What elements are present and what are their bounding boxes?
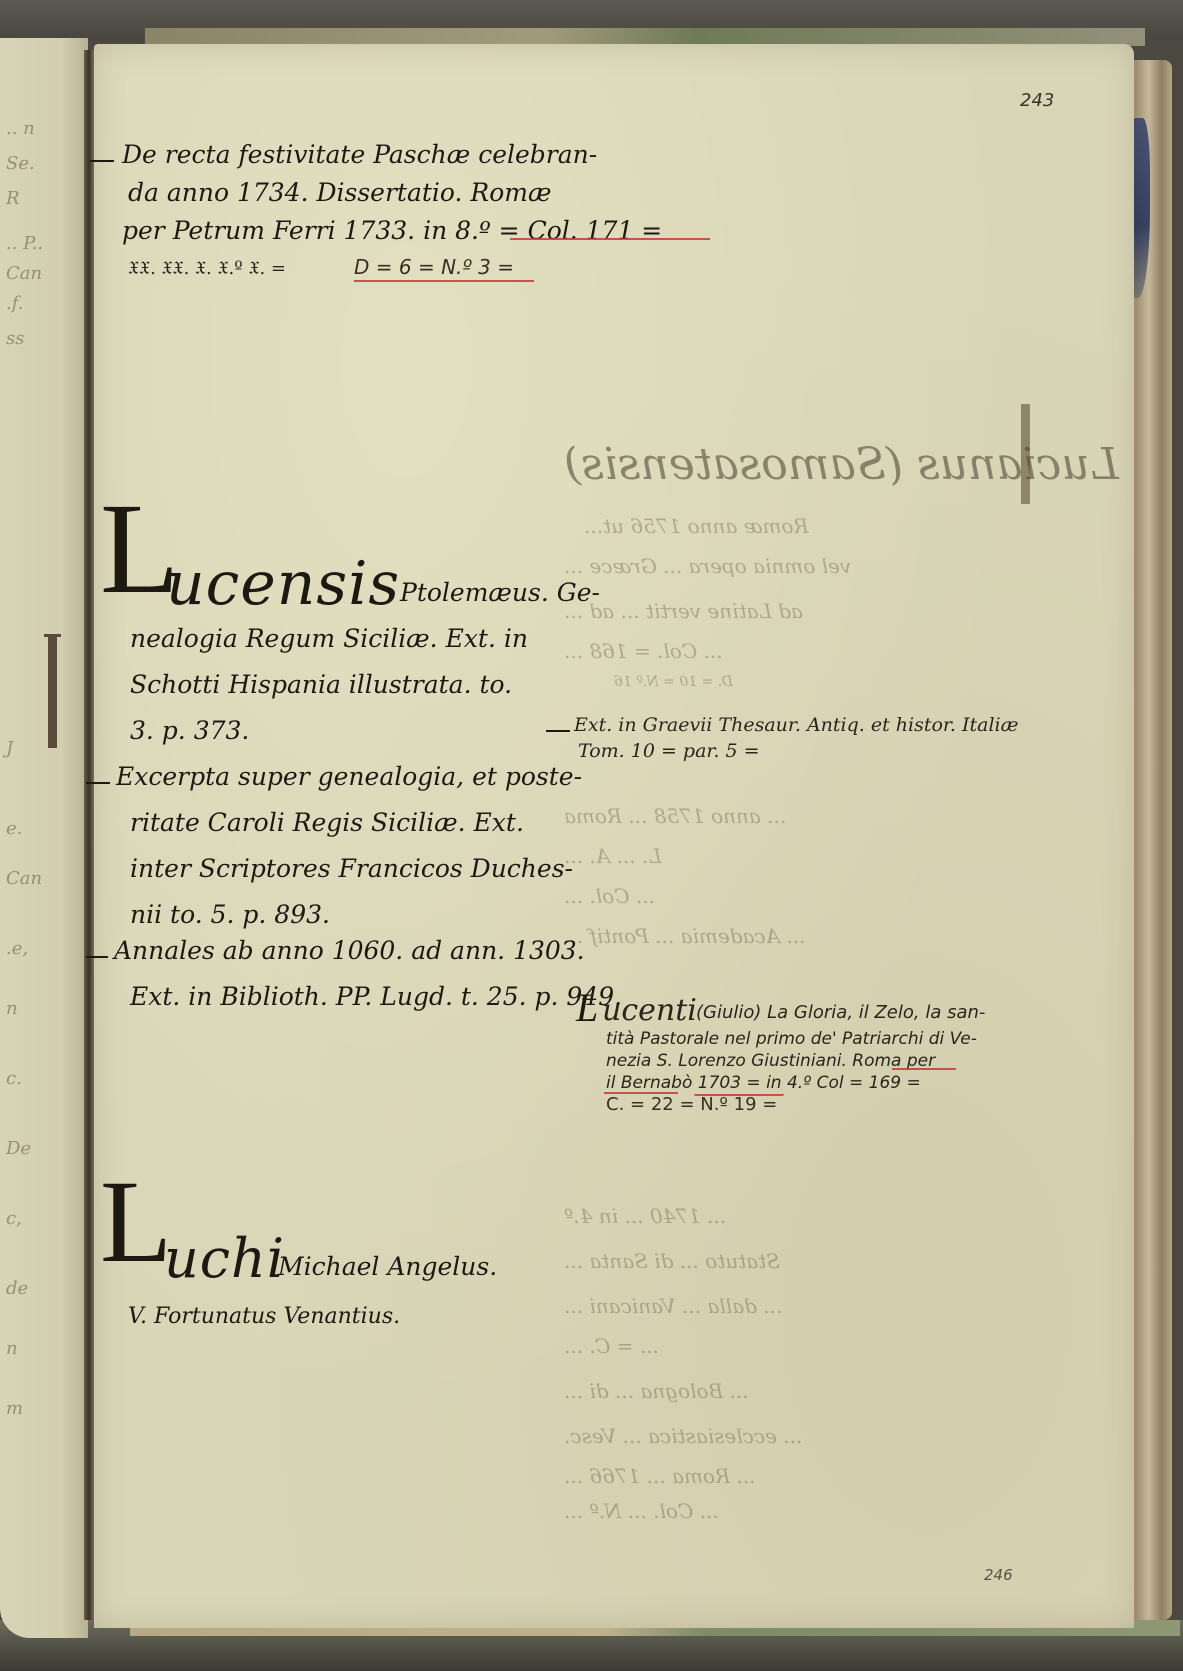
red-underline [694, 1094, 784, 1096]
left-page-text-fragment: .. P.. [6, 233, 43, 254]
manuscript-page: 243 Lucianus (Samosatensis) Romæ anno 17… [94, 44, 1134, 1628]
entry-luchi-line-1: V. Fortunatus Venantius. [128, 1298, 400, 1336]
bleed-through-line: ... Academia ... Pontif ... [564, 924, 806, 948]
entry-excerpta-line-4: nii to. 5. p. 893. [130, 896, 330, 934]
entry-excerpta-line-1: Excerpta super genealogia, et poste- [116, 758, 582, 796]
left-page-text-fragment: m [6, 1398, 23, 1419]
left-page-text-fragment: e. [6, 818, 22, 839]
bleed-through-line: ... Col. ... N.º ... [564, 1499, 719, 1523]
entry-excerpta-line-3: inter Scriptores Francicos Duches- [130, 850, 573, 888]
entry-dash [86, 782, 110, 784]
left-page-text-fragment: Se. [6, 153, 35, 174]
entry-lucensis-line-2: Schotti Hispania illustrata. to. [130, 666, 512, 704]
bleed-through-line: ... anno 1758 ... Roma [564, 804, 786, 828]
left-page-text-fragment: c. [6, 1068, 22, 1089]
bleed-through-line: Statuto ... di Santa ... [564, 1249, 780, 1273]
red-underline [510, 238, 710, 240]
lucenti-line-2: tità Pastorale nel primo de' Patriarchi … [576, 1028, 977, 1050]
entry-excerpta-line-2: ritate Caroli Regis Siciliæ. Ext. [130, 804, 524, 842]
bleed-through-line: Romæ anno 1756 ut... [584, 514, 809, 538]
bleed-through-line: ... dalla ... Vanicani ... [564, 1294, 782, 1318]
bleed-through-line: ... ecclesiastica ... Vesc. [564, 1424, 802, 1448]
bleed-through-initial-bar [1021, 404, 1030, 504]
entry-lucensis-author: Ptolemæus. Ge- [400, 574, 600, 612]
red-underline [604, 1092, 678, 1094]
left-page-text-fragment: n [6, 998, 18, 1019]
bleed-through-line: ... Col. = 168 ... [564, 639, 723, 663]
left-page-text-fragment: de [6, 1278, 28, 1299]
red-underline [892, 1068, 956, 1070]
lucenti-line-1: (Giulio) La Gloria, il Zelo, la san- [696, 1002, 985, 1024]
headword-lucenti: ucenti [602, 994, 697, 1028]
bleed-through-line: ... Roma ... 1766 ... [564, 1464, 756, 1488]
left-page-text-fragment: .e, [6, 938, 28, 959]
left-page-text-fragment: n [6, 1338, 18, 1359]
bleed-through-line: L. ... A. ... [564, 844, 662, 868]
graevius-line-1: Ext. in Graevii Thesaur. Antiq. et histo… [574, 712, 1018, 738]
entry-luchi-author: Michael Angelus. [278, 1248, 497, 1286]
graevius-line-2: Tom. 10 = par. 5 = [578, 738, 760, 764]
folio-number-bottom: 246 [984, 1566, 1013, 1584]
entry-dash [86, 956, 108, 958]
left-page-text-fragment: ss [6, 328, 24, 349]
entry-dash [546, 730, 570, 732]
entry-lucensis-line-3: 3. p. 373. [130, 712, 249, 750]
entry-annales-line-1: Annales ab anno 1060. ad ann. 1303. [114, 932, 585, 970]
entry-de-recta-line-1: De recta festivitate Paschæ celebran- [122, 136, 597, 174]
left-page-initial-bar [48, 636, 57, 748]
bleed-through-line: ... = C. ... [564, 1334, 659, 1358]
left-page-text-fragment: .. n [6, 118, 35, 139]
left-facing-page: .. n Se. R .. P.. Can .f. ss J e. Can .e… [0, 38, 88, 1638]
entry-de-recta-line-2: da anno 1734. Dissertatio. Romæ [128, 174, 552, 212]
left-page-text-fragment: De [6, 1138, 31, 1159]
entry-lucenti: L ucenti (Giulio) La Gloria, il Zelo, la… [576, 994, 977, 1116]
bleed-through-line: ... Bologna ... di ... [564, 1379, 749, 1403]
bleed-through-line: vel omnia opera ... Græce ... [564, 554, 851, 578]
left-page-text-fragment: Can [6, 263, 42, 284]
entry-de-recta-line-3: per Petrum Ferri 1733. in 8.º = Col. 171… [122, 212, 662, 250]
initial-capital-L: L [100, 1172, 172, 1272]
bleed-through-line: ... Col. ... [564, 884, 655, 908]
entry-dash [90, 160, 114, 162]
bleed-through-headword: Lucianus (Samosatensis) [564, 439, 1119, 490]
left-page-text-fragment: Can [6, 868, 42, 889]
lucenti-shelfmark: C. = 22 = N.º 19 = [576, 1094, 977, 1116]
red-underline [354, 280, 534, 282]
lucenti-line-4: il Bernabò 1703 = in 4.º Col = 169 = [576, 1072, 977, 1094]
entry-annales-line-2: Ext. in Biblioth. PP. Lugd. t. 25. p. 94… [130, 978, 622, 1016]
left-page-text-fragment: J [6, 738, 13, 759]
headword-lucensis: ucensis [166, 554, 400, 614]
initial-capital-L: L [576, 988, 598, 1028]
bleed-through-line: D. = 10 = N.º 16 [614, 674, 733, 690]
headword-luchi: uchi [164, 1232, 285, 1286]
bleed-through-line: ... 1740 ... in 4.º [564, 1204, 726, 1228]
folio-number-top: 243 [1020, 90, 1054, 111]
book-gutter [84, 50, 94, 1620]
left-page-text-fragment: R [6, 188, 20, 209]
entry-lucensis-line-1: nealogia Regum Siciliæ. Ext. in [130, 620, 528, 658]
left-page-text-fragment: c, [6, 1208, 22, 1229]
entry-de-recta-shelfmark-prefix: 𝔛𝔛. 𝔛𝔛. 𝔛. 𝔛.º 𝔛. = [128, 250, 286, 288]
left-page-text-fragment: .f. [6, 293, 23, 314]
